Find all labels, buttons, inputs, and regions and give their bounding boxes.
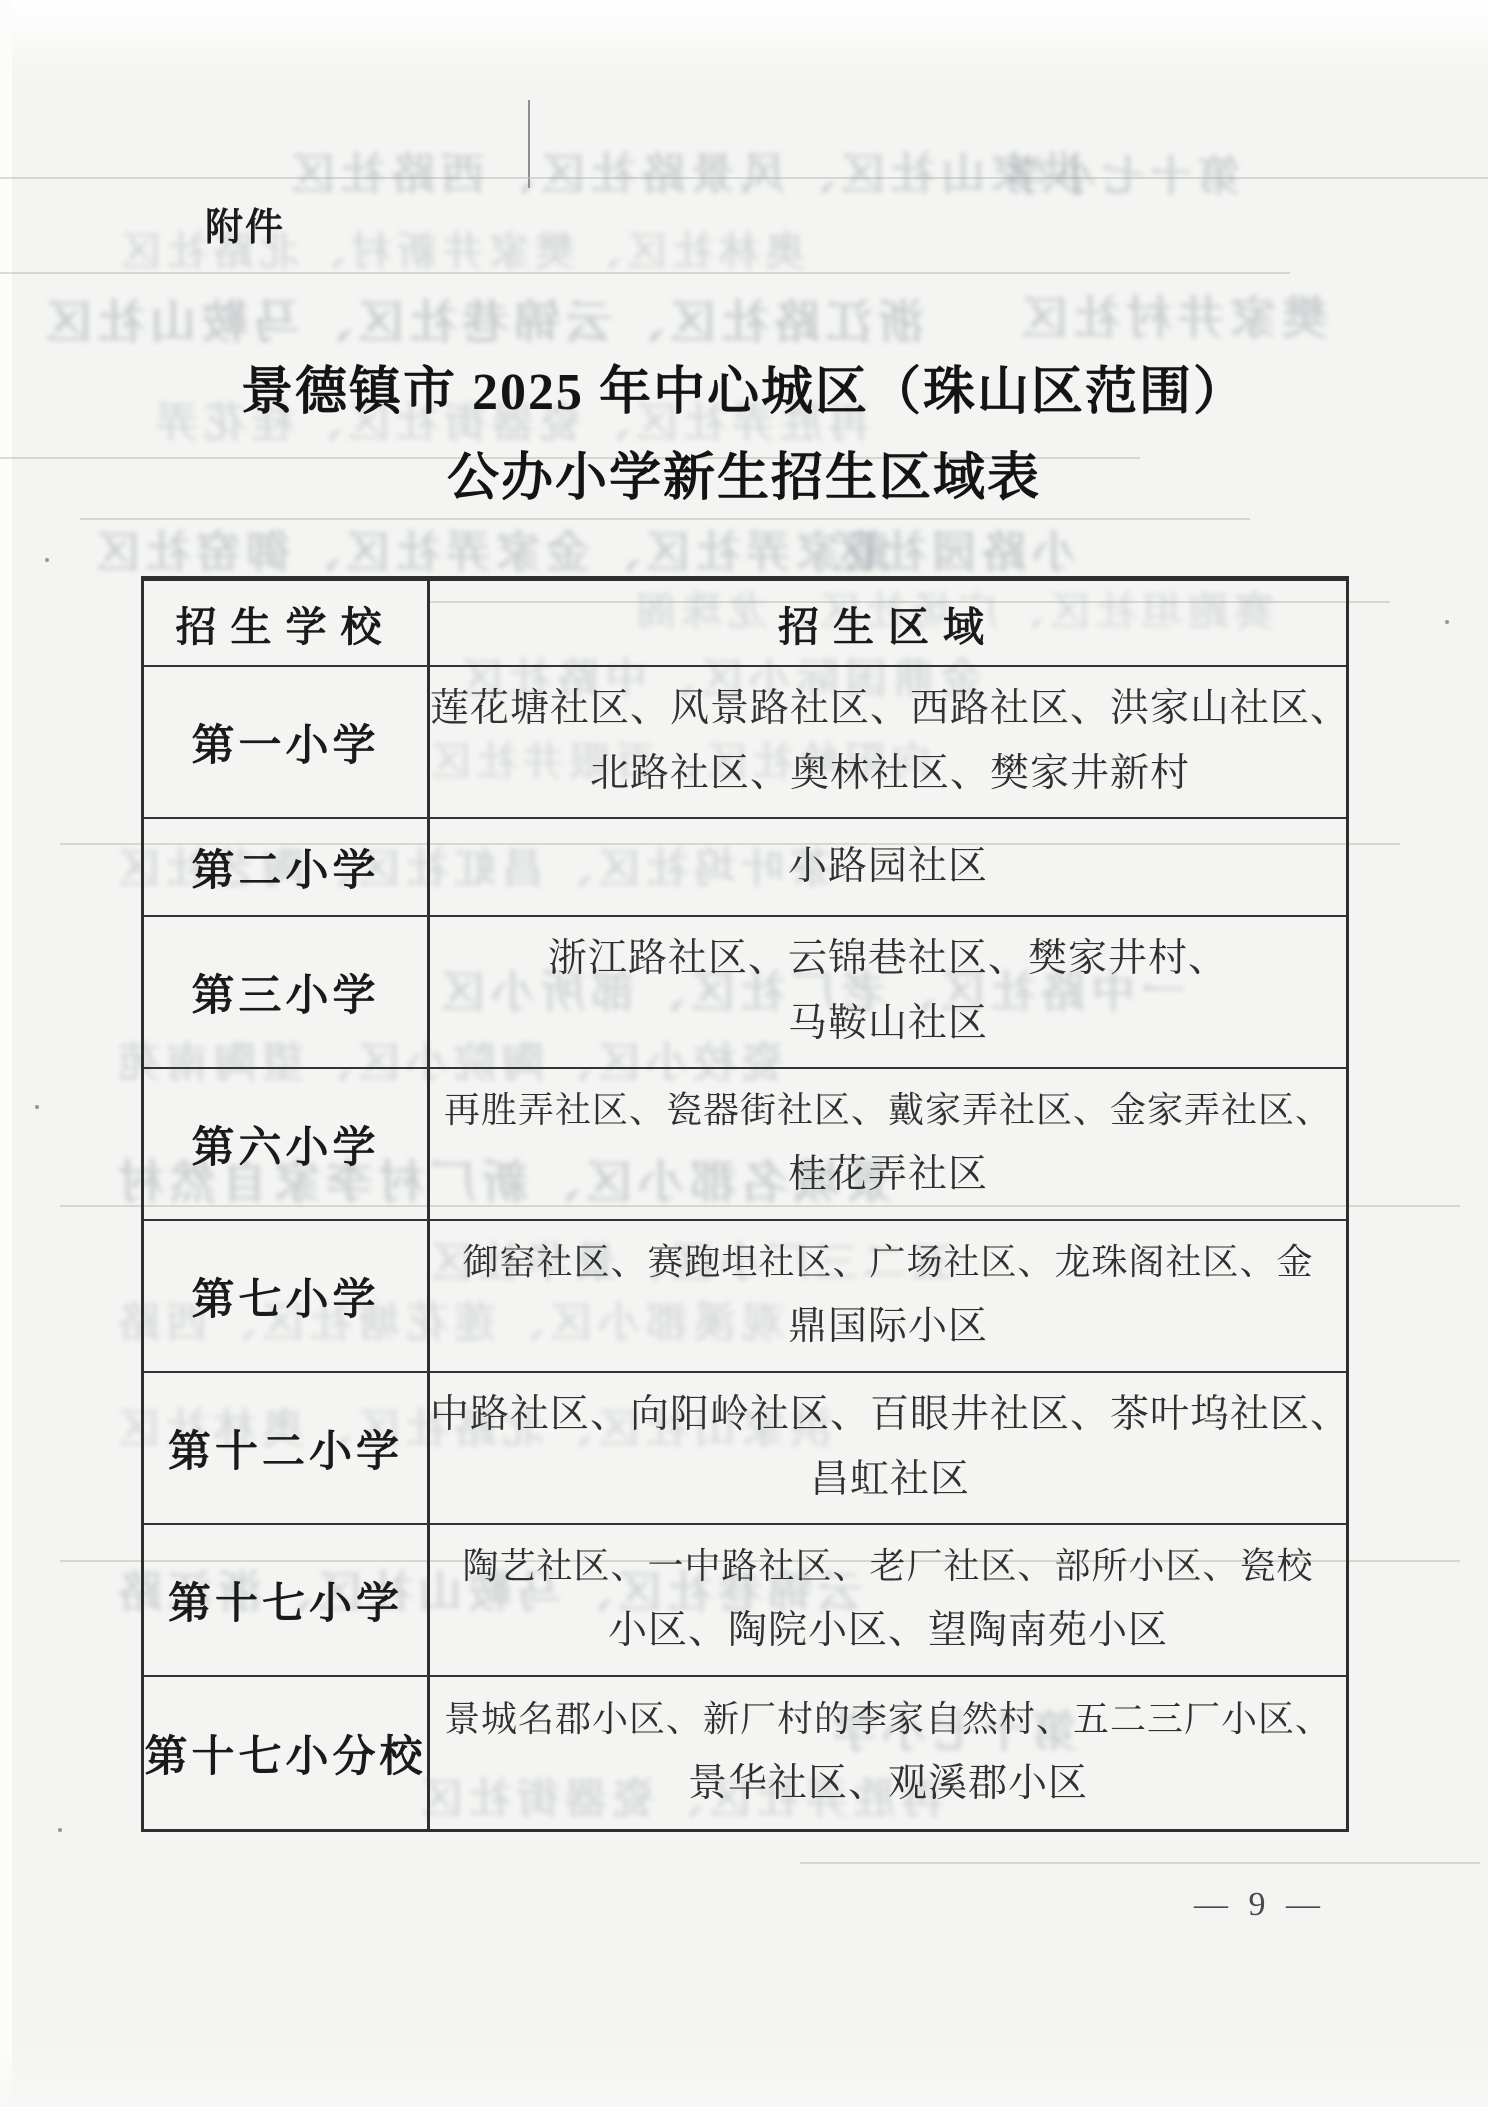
region-line: 桂花弄社区 [788, 1153, 988, 1198]
ghost-bleed-text: 小路园社区 [826, 516, 1076, 580]
ghost-bleed-text: 洪家山社区、风景路社区、西路社区 [285, 138, 1085, 202]
page-number: — 9 — [1150, 1886, 1370, 1924]
table-row: 第十二小学 中路社区、向阳岭社区、百眼井社区、茶叶坞社区、 昌虹社区 [144, 1371, 1346, 1523]
table-row: 第二小学 小路园社区 [144, 817, 1346, 915]
region-line: 景城名郡小区、新厂村的李家自然村、五二三厂小区、 [444, 1699, 1332, 1740]
region-cell: 中路社区、向阳岭社区、百眼井社区、茶叶坞社区、 昌虹社区 [430, 1373, 1350, 1523]
school-name: 第一小学 [144, 667, 430, 817]
school-name: 第十七小分校 [144, 1677, 430, 1829]
scanned-document-page: 洪家山社区、风景路社区、西路社区第十七小学奥林社区、樊家井新村、北路社区浙江路社… [0, 0, 1488, 2107]
table-row: 第十七小学 陶艺社区、一中路社区、老厂社区、部所小区、瓷校 小区、陶院小区、望陶… [144, 1523, 1346, 1675]
school-name: 第二小学 [144, 819, 430, 915]
header-region: 招生区域 [430, 581, 1346, 665]
region-line: 北路社区、奥林社区、樊家井新村 [590, 752, 1190, 797]
school-name: 第六小学 [144, 1069, 430, 1219]
table-row: 第十七小分校 景城名郡小区、新厂村的李家自然村、五二三厂小区、 景华社区、观溪郡… [144, 1675, 1346, 1829]
school-name: 第三小学 [144, 917, 430, 1067]
school-name: 第十二小学 [144, 1373, 430, 1523]
region-cell: 小路园社区 [430, 819, 1346, 915]
enrollment-table: 招生学校 招生区域 第一小学 莲花塘社区、风景路社区、西路社区、洪家山社区、 北… [141, 576, 1349, 1832]
region-line: 御窑社区、赛跑坦社区、广场社区、龙珠阁社区、金 [462, 1242, 1313, 1283]
region-cell: 御窑社区、赛跑坦社区、广场社区、龙珠阁社区、金 鼎国际小区 [430, 1221, 1346, 1371]
table-row: 第三小学 浙江路社区、云锦巷社区、樊家井村、 马鞍山社区 [144, 915, 1346, 1067]
ghost-bleed-text: 第十七小学 [1000, 144, 1240, 204]
region-line: 景华社区、观溪郡小区 [688, 1762, 1088, 1807]
region-line: 莲花塘社区、风景路社区、西路社区、洪家山社区、 [430, 687, 1350, 732]
region-line: 陶艺社区、一中路社区、老厂社区、部所小区、瓷校 [462, 1546, 1313, 1587]
table-header-row: 招生学校 招生区域 [144, 581, 1346, 665]
region-cell: 莲花塘社区、风景路社区、西路社区、洪家山社区、 北路社区、奥林社区、樊家井新村 [430, 667, 1350, 817]
region-line: 鼎国际小区 [788, 1305, 988, 1350]
region-line: 再胜弄社区、瓷器街社区、戴家弄社区、金家弄社区、 [444, 1090, 1332, 1131]
region-cell: 再胜弄社区、瓷器街社区、戴家弄社区、金家弄社区、 桂花弄社区 [430, 1069, 1346, 1219]
region-line: 小路园社区 [788, 845, 988, 890]
ghost-bleed-text: 戴家弄社区、金家弄社区、御窑社区 [90, 516, 890, 580]
title-line-2: 公办小学新生招生区域表 [0, 436, 1488, 522]
title-line-1: 景德镇市 2025 年中心城区（珠山区范围） [0, 350, 1488, 436]
region-cell: 浙江路社区、云锦巷社区、樊家井村、 马鞍山社区 [430, 917, 1346, 1067]
table-row: 第一小学 莲花塘社区、风景路社区、西路社区、洪家山社区、 北路社区、奥林社区、樊… [144, 665, 1346, 817]
region-line: 小区、陶院小区、望陶南苑小区 [608, 1609, 1168, 1654]
region-line: 马鞍山社区 [788, 1002, 988, 1047]
ghost-bleed-text: 樊家井村社区 [1016, 282, 1328, 348]
region-cell: 景城名郡小区、新厂村的李家自然村、五二三厂小区、 景华社区、观溪郡小区 [430, 1677, 1346, 1829]
region-cell: 陶艺社区、一中路社区、老厂社区、部所小区、瓷校 小区、陶院小区、望陶南苑小区 [430, 1525, 1346, 1675]
table-row: 第六小学 再胜弄社区、瓷器街社区、戴家弄社区、金家弄社区、 桂花弄社区 [144, 1067, 1346, 1219]
region-line: 浙江路社区、云锦巷社区、樊家井村、 [548, 937, 1228, 982]
region-line: 昌虹社区 [810, 1458, 970, 1503]
attachment-label: 附件 [205, 196, 285, 251]
header-school: 招生学校 [144, 581, 430, 665]
ghost-bleed-text: 浙江路社区、云锦巷社区、马鞍山社区 [40, 286, 924, 352]
school-name: 第十七小学 [144, 1525, 430, 1675]
table-row: 第七小学 御窑社区、赛跑坦社区、广场社区、龙珠阁社区、金 鼎国际小区 [144, 1219, 1346, 1371]
document-title: 景德镇市 2025 年中心城区（珠山区范围） 公办小学新生招生区域表 [0, 350, 1488, 522]
school-name: 第七小学 [144, 1221, 430, 1371]
region-line: 中路社区、向阳岭社区、百眼井社区、茶叶坞社区、 [430, 1393, 1350, 1438]
